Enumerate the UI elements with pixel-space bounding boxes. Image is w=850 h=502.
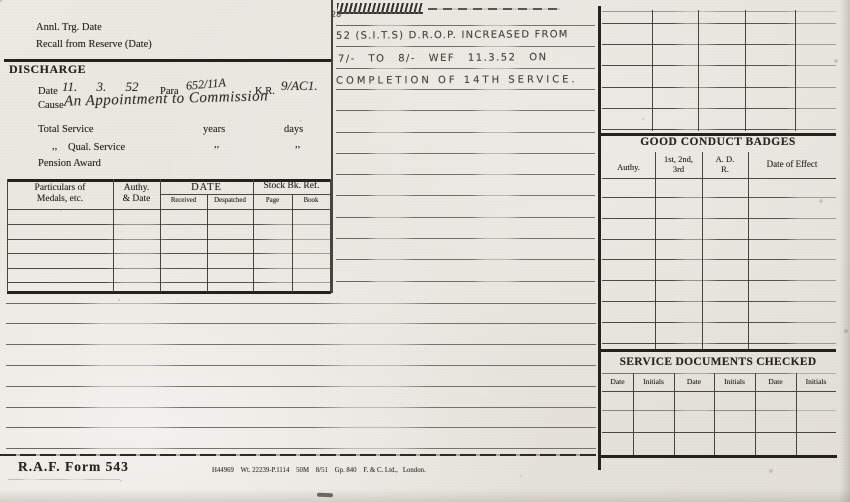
middle-ruled-line xyxy=(336,46,595,47)
lower-ruled-line xyxy=(6,386,596,387)
middle-ruled-line xyxy=(336,281,595,282)
medals-col-stock-group: Stock Bk. Ref. xyxy=(253,182,330,192)
sdc-col-initials: Initials xyxy=(714,378,755,386)
ditto-mark: ,, xyxy=(295,139,300,150)
medals-row-line xyxy=(8,282,330,283)
middle-ruled-line xyxy=(336,25,595,26)
gcb-row-line xyxy=(602,259,836,260)
lower-ruled-line xyxy=(6,365,596,366)
middle-ruled-line xyxy=(336,174,595,175)
medals-row-line xyxy=(8,224,330,225)
middle-ruled-line xyxy=(336,132,595,133)
top-grid-row-line xyxy=(602,129,836,130)
sdc-header-topline xyxy=(602,373,836,374)
lower-ruled-line xyxy=(6,407,596,408)
sdc-col-date: Date xyxy=(674,378,714,386)
gcb-row-line xyxy=(602,280,836,281)
lower-ruled-line xyxy=(6,323,596,324)
discharge-title: DISCHARGE xyxy=(9,63,86,76)
gcb-col-divider xyxy=(748,152,749,349)
raf-form-543-card: Annl. Trg. Date Recall from Reserve (Dat… xyxy=(0,0,850,502)
medals-col-authy: & Date xyxy=(113,195,160,205)
recall-from-reserve-label: Recall from Reserve (Date) xyxy=(36,39,152,50)
middle-ruled-line xyxy=(336,110,595,111)
print-code: H44969 Wt. 22239-P.1114 50M 8/51 Gp. 840… xyxy=(212,467,426,474)
lower-ruled-line xyxy=(6,303,596,304)
top-grid-edge xyxy=(602,11,836,12)
scan-specks xyxy=(0,0,2,2)
middle-ruled-line xyxy=(336,153,595,154)
note-line3-handwritten: COMPLETION OF 14TH SERVICE. xyxy=(336,74,578,86)
medals-row-line xyxy=(8,239,330,240)
medals-col-date-group: DATE xyxy=(160,182,253,193)
gcb-row-line xyxy=(602,197,836,198)
sdc-title: SERVICE DOCUMENTS CHECKED xyxy=(600,356,836,368)
gcb-row-line xyxy=(602,218,836,219)
sdc-col-initials: Initials xyxy=(796,378,836,386)
left-middle-divider xyxy=(331,0,333,293)
sdc-col-date: Date xyxy=(602,378,633,386)
note-prefix-handwritten: 28 xyxy=(331,10,341,19)
days-label: days xyxy=(284,124,303,135)
medals-col-page: Page xyxy=(253,197,292,204)
medals-table-bottom-border xyxy=(7,291,331,294)
sdc-col-initials: Initials xyxy=(633,378,674,386)
top-grid-col-divider xyxy=(745,10,746,131)
top-grid-row-line xyxy=(602,44,836,45)
annl-trg-date-label: Annl. Trg. Date xyxy=(36,22,102,33)
medals-header-underline xyxy=(7,209,331,210)
medals-row-line xyxy=(8,268,330,269)
gcb-col-divider xyxy=(655,152,656,349)
kr-handwritten-value: 9/AC1. xyxy=(281,78,317,94)
medals-subcol-divider xyxy=(292,194,293,292)
gcb-col-authy: Authy. xyxy=(602,163,655,172)
sdc-bottom-border xyxy=(599,455,837,458)
medals-col-divider xyxy=(253,179,254,292)
note-line2-handwritten: 7/- TO 8/- WEF 11.3.52 ON xyxy=(338,52,548,65)
gcb-col-adr: A. D. xyxy=(702,155,748,164)
scan-bottom-edge xyxy=(0,489,850,502)
ditto-mark: ,, xyxy=(214,139,219,150)
middle-ruled-line xyxy=(336,238,595,239)
medals-row-line xyxy=(8,253,330,254)
struck-out-note-scribble xyxy=(337,3,423,14)
middle-right-divider xyxy=(598,6,601,470)
middle-ruled-line xyxy=(336,195,595,196)
medals-col-particulars: Medals, etc. xyxy=(7,195,113,205)
total-service-label: Total Service xyxy=(38,124,94,135)
top-grid-row-line xyxy=(602,23,836,24)
lower-ruled-line xyxy=(6,427,596,428)
pension-award-label: Pension Award xyxy=(38,158,101,169)
gcb-row-line xyxy=(602,343,836,344)
middle-ruled-line xyxy=(336,68,595,69)
sdc-row-line xyxy=(602,410,836,411)
top-grid-row-line xyxy=(602,108,836,109)
gcb-col-date-of-effect: Date of Effect xyxy=(748,160,836,169)
medals-col-received: Received xyxy=(160,197,207,204)
medals-col-book: Book xyxy=(292,197,330,204)
form-number: R.A.F. Form 543 xyxy=(18,460,129,474)
medals-col-divider xyxy=(160,179,161,292)
medals-subcol-divider xyxy=(207,194,208,292)
middle-ruled-line xyxy=(336,89,595,90)
footer-faint-mark xyxy=(8,479,120,480)
top-grid-col-divider xyxy=(652,10,653,131)
gcb-col-badges: 1st, 2nd, xyxy=(655,155,702,164)
top-grid-row-line xyxy=(602,65,836,66)
lower-ruled-line xyxy=(6,448,596,449)
sdc-row-line xyxy=(602,432,836,433)
top-grid-col-divider xyxy=(698,10,699,131)
gcb-col-adr: R. xyxy=(702,165,748,174)
gcb-col-badges: 3rd xyxy=(655,165,702,174)
sdc-header-underline xyxy=(602,391,836,392)
gcb-header-underline xyxy=(602,178,836,179)
middle-ruled-line xyxy=(336,217,595,218)
note-line1-handwritten: 52 (S.I.T.S) D.R.O.P. INCREASED FROM xyxy=(336,29,569,42)
qual-service-label: Qual. Service xyxy=(68,142,125,153)
medals-col-despatched: Despatched xyxy=(207,197,253,204)
footer-divider xyxy=(0,454,596,456)
ditto-mark: ,, xyxy=(52,141,57,152)
top-grid-row-line xyxy=(602,87,836,88)
scan-right-edge xyxy=(840,0,850,502)
top-grid-col-divider xyxy=(795,10,796,131)
lower-ruled-line xyxy=(6,344,596,345)
gcb-bottom-border xyxy=(599,349,836,352)
gcb-col-divider xyxy=(702,152,703,349)
gcb-row-line xyxy=(602,301,836,302)
medals-col-authy: Authy. xyxy=(113,184,160,194)
struck-out-note-strike xyxy=(428,8,560,10)
medals-group-header-underline xyxy=(160,194,330,195)
years-label: years xyxy=(203,124,225,135)
gcb-title: GOOD CONDUCT BADGES xyxy=(600,136,836,148)
medals-col-particulars: Particulars of xyxy=(7,184,113,194)
date-label: Date xyxy=(38,86,58,97)
gcb-row-line xyxy=(602,239,836,240)
middle-ruled-line xyxy=(336,259,595,260)
cause-label: Cause xyxy=(38,100,64,111)
gcb-row-line xyxy=(602,322,836,323)
sdc-col-date: Date xyxy=(755,378,796,386)
